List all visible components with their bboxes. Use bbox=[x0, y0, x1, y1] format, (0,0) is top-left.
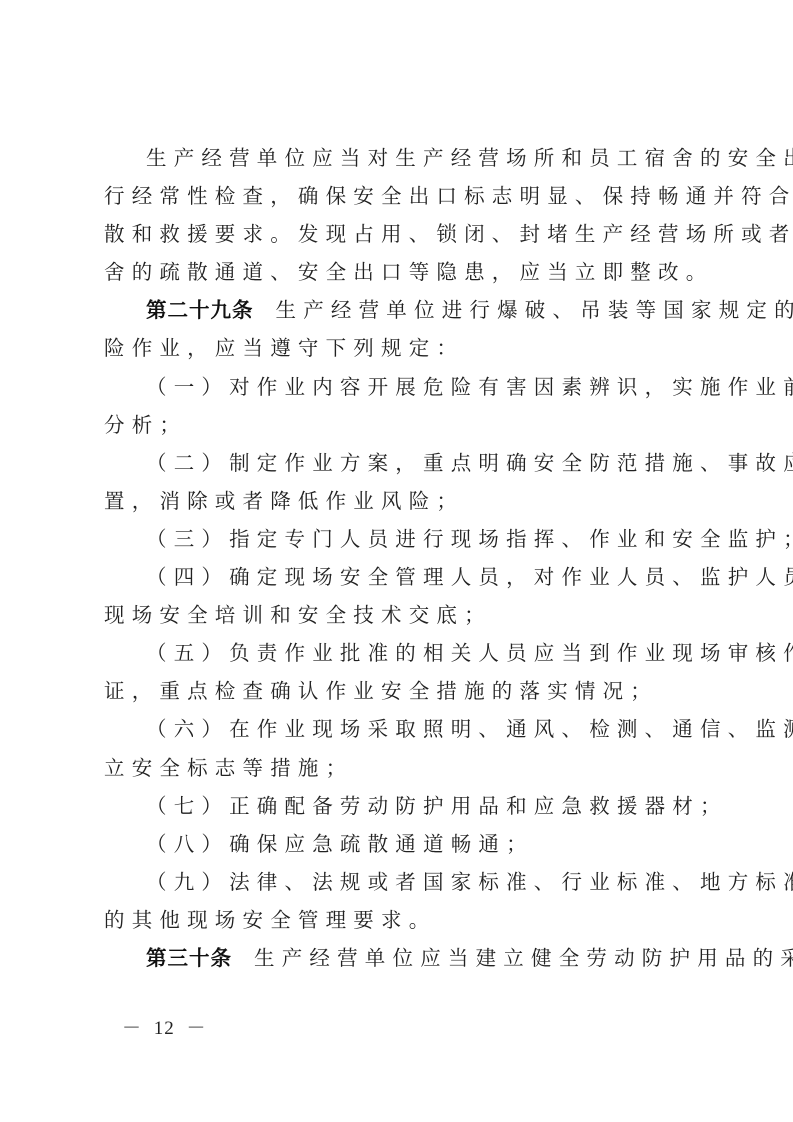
line-text: （二）制定作业方案，重点明确安全防范措施、事故应急处 bbox=[146, 451, 793, 475]
line-text: 舍的疏散通道、安全出口等隐患，应当立即整改。 bbox=[104, 260, 713, 284]
text-line: 舍的疏散通道、安全出口等隐患，应当立即整改。 bbox=[104, 253, 704, 291]
line-text: 险作业，应当遵守下列规定： bbox=[104, 336, 464, 360]
text-line: 现场安全培训和安全技术交底； bbox=[104, 596, 704, 634]
line-text: 生产经营单位应当建立健全劳动防护用品的采购、 bbox=[254, 946, 793, 970]
page-number: － 12 － bbox=[122, 1013, 207, 1040]
text-line: 置，消除或者降低作业风险； bbox=[104, 482, 704, 520]
list-item-line: （一）对作业内容开展危险有害因素辨识，实施作业前风险 bbox=[104, 368, 704, 406]
line-text: 生产经营单位进行爆破、吊装等国家规定的危 bbox=[276, 298, 793, 322]
line-text: 行经常性检查，确保安全出口标志明显、保持畅通并符合紧急疏 bbox=[104, 184, 793, 208]
line-text: （九）法律、法规或者国家标准、行业标准、地方标准规定 bbox=[146, 870, 793, 894]
text-line: 险作业，应当遵守下列规定： bbox=[104, 329, 704, 367]
list-item-line: （三）指定专门人员进行现场指挥、作业和安全监护； bbox=[104, 520, 704, 558]
line-text: 的其他现场安全管理要求。 bbox=[104, 908, 436, 932]
line-text: （八）确保应急疏散通道畅通； bbox=[146, 832, 534, 856]
line-text: 现场安全培训和安全技术交底； bbox=[104, 603, 492, 627]
line-text: 分析； bbox=[104, 413, 187, 437]
line-text: （五）负责作业批准的相关人员应当到作业现场审核作业票 bbox=[146, 641, 793, 665]
text-line: 证，重点检查确认作业安全措施的落实情况； bbox=[104, 672, 704, 710]
line-text: （四）确定现场安全管理人员，对作业人员、监护人员进行 bbox=[146, 565, 793, 589]
list-item-line: （四）确定现场安全管理人员，对作业人员、监护人员进行 bbox=[104, 558, 704, 596]
line-text: （一）对作业内容开展危险有害因素辨识，实施作业前风险 bbox=[146, 375, 793, 399]
text-line: 立安全标志等措施； bbox=[104, 749, 704, 787]
list-item-line: （八）确保应急疏散通道畅通； bbox=[104, 825, 704, 863]
text-line: 散和救援要求。发现占用、锁闭、封堵生产经营场所或者员工宿 bbox=[104, 215, 704, 253]
line-text: （六）在作业现场采取照明、通风、检测、通信、监测和设 bbox=[146, 717, 793, 741]
list-item-line: （二）制定作业方案，重点明确安全防范措施、事故应急处 bbox=[104, 444, 704, 482]
line-text: 散和救援要求。发现占用、锁闭、封堵生产经营场所或者员工宿 bbox=[104, 222, 793, 246]
line-text: （七）正确配备劳动防护用品和应急救援器材； bbox=[146, 794, 728, 818]
line-text: 置，消除或者降低作业风险； bbox=[104, 489, 464, 513]
article-heading: 第二十九条 bbox=[146, 298, 254, 322]
text-line: 生产经营单位应当对生产经营场所和员工宿舍的安全出口进 bbox=[104, 139, 704, 177]
document-page: 生产经营单位应当对生产经营场所和员工宿舍的安全出口进 行经常性检查，确保安全出口… bbox=[0, 0, 793, 1122]
line-text: 证，重点检查确认作业安全措施的落实情况； bbox=[104, 679, 658, 703]
list-item-line: （六）在作业现场采取照明、通风、检测、通信、监测和设 bbox=[104, 710, 704, 748]
text-line: 行经常性检查，确保安全出口标志明显、保持畅通并符合紧急疏 bbox=[104, 177, 704, 215]
line-text: 生产经营单位应当对生产经营场所和员工宿舍的安全出口进 bbox=[146, 146, 793, 170]
line-text: （三）指定专门人员进行现场指挥、作业和安全监护； bbox=[146, 527, 793, 551]
list-item-line: （五）负责作业批准的相关人员应当到作业现场审核作业票 bbox=[104, 634, 704, 672]
article-29-line: 第二十九条生产经营单位进行爆破、吊装等国家规定的危 bbox=[104, 291, 704, 329]
document-body: 生产经营单位应当对生产经营场所和员工宿舍的安全出口进 行经常性检查，确保安全出口… bbox=[104, 139, 704, 977]
list-item-line: （九）法律、法规或者国家标准、行业标准、地方标准规定 bbox=[104, 863, 704, 901]
article-heading: 第三十条 bbox=[146, 946, 232, 970]
text-line: 分析； bbox=[104, 406, 704, 444]
article-30-line: 第三十条生产经营单位应当建立健全劳动防护用品的采购、 bbox=[104, 939, 704, 977]
line-text: 立安全标志等措施； bbox=[104, 756, 353, 780]
list-item-line: （七）正确配备劳动防护用品和应急救援器材； bbox=[104, 787, 704, 825]
text-line: 的其他现场安全管理要求。 bbox=[104, 901, 704, 939]
